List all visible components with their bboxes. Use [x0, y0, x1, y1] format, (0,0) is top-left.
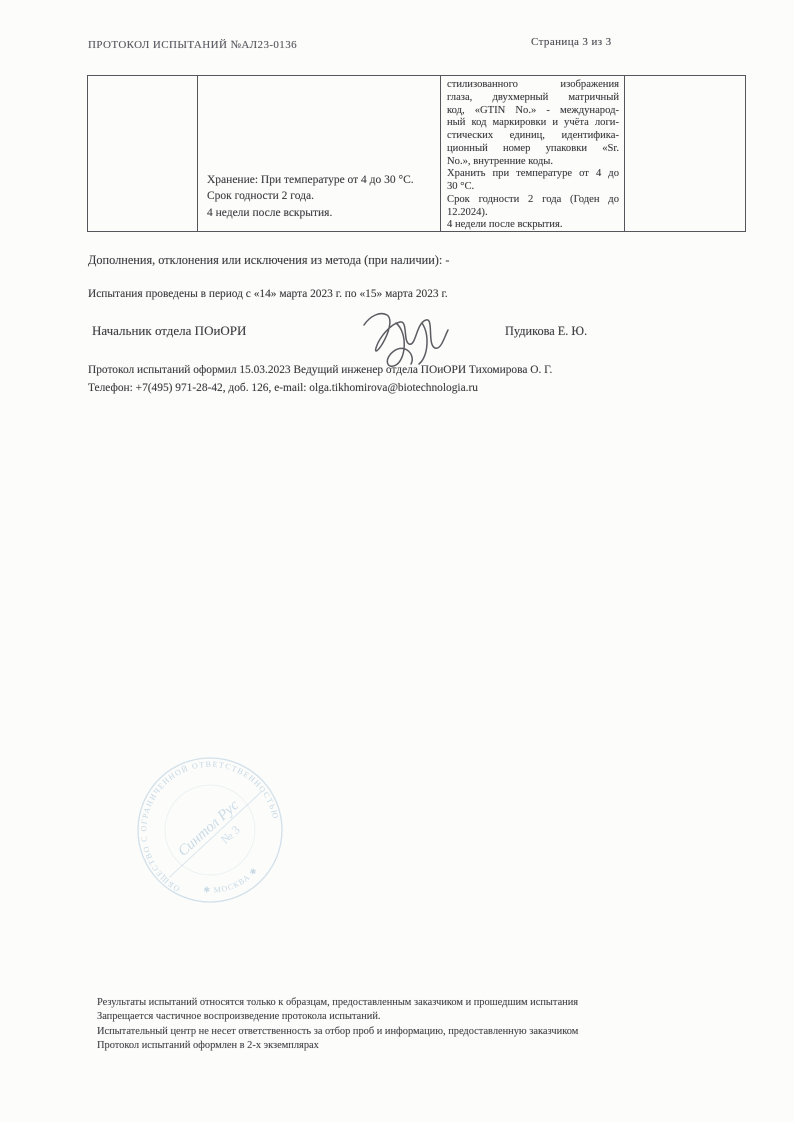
signature-stroke-1 — [364, 314, 448, 351]
text-line: Результаты испытаний относятся только к … — [97, 996, 697, 1010]
text-line: 4 недели после вскрытия. — [207, 205, 434, 221]
labeling-paragraph-1: стилизованного изображенияглаза, двухмер… — [447, 79, 619, 168]
table-cell-storage: Хранение: При температуре от 4 до 30 °С.… — [198, 76, 441, 231]
footer-notes: Результаты испытаний относятся только к … — [97, 996, 697, 1054]
stamp-diagonal-line — [168, 792, 263, 878]
document-title: ПРОТОКОЛ ИСПЫТАНИЙ №АЛ23-0136 — [88, 39, 297, 51]
text-line: ный код маркировки и учёта логи- — [447, 117, 619, 130]
signature-stroke-2 — [387, 323, 412, 366]
text-line: Испытательный центр не несет ответственн… — [97, 1025, 697, 1039]
signatory-title: Начальник отдела ПОиОРИ — [92, 323, 246, 339]
text-line: 30 °С. — [447, 181, 619, 194]
labeling-paragraph-2: Хранить при температуре от 4 до30 °С. — [447, 168, 619, 194]
text-line: 4 недели после вскрытия. — [447, 219, 619, 232]
text-line: стилизованного изображения — [447, 79, 619, 92]
text-line: Запрещается частичное воспроизведение пр… — [97, 1010, 697, 1024]
table-cell-labeling: стилизованного изображенияглаза, двухмер… — [441, 76, 625, 231]
table-cell-empty-left — [88, 76, 198, 231]
signature-scribble — [356, 301, 458, 371]
text-line: Протокол испытаний оформлен в 2-х экземп… — [97, 1039, 697, 1053]
signatory-name: Пудикова Е. Ю. — [505, 324, 587, 339]
contact-line: Телефон: +7(495) 971-28-42, доб. 126, e-… — [88, 382, 478, 394]
company-stamp: ОБЩЕСТВО С ОГРАНИЧЕННОЙ ОТВЕТСТВЕННОСТЬЮ… — [128, 750, 292, 910]
signature-stroke-3 — [419, 323, 427, 364]
text-line: No.», внутренние коды. — [447, 156, 619, 169]
scanned-protocol-page: ПРОТОКОЛ ИСПЫТАНИЙ №АЛ23-0136 Страница 3… — [0, 0, 794, 1122]
test-period-line: Испытания проведены в период с «14» март… — [88, 288, 448, 300]
text-line: Срок годности 2 года. — [207, 188, 434, 204]
text-line: стических единиц, идентифика- — [447, 130, 619, 143]
text-line: 12.2024). — [447, 207, 619, 220]
text-line: Хранение: При температуре от 4 до 30 °С. — [207, 172, 434, 188]
page-indicator: Страница 3 из 3 — [531, 36, 612, 48]
table-cell-empty-right — [625, 76, 745, 231]
text-line: Хранить при температуре от 4 до — [447, 168, 619, 181]
text-line: ционный номер упаковки «Sr. — [447, 143, 619, 156]
additions-line: Дополнения, отклонения или исключения из… — [88, 253, 450, 268]
text-line: Срок годности 2 года (Годен до — [447, 194, 619, 207]
prepared-by-line: Протокол испытаний оформил 15.03.2023 Ве… — [88, 364, 552, 376]
results-table: Хранение: При температуре от 4 до 30 °С.… — [87, 75, 746, 232]
text-line: код, «GTIN No.» - международ- — [447, 105, 619, 118]
text-line: глаза, двухмерный матричный — [447, 92, 619, 105]
labeling-paragraph-3: Срок годности 2 года (Годен до12.2024). — [447, 194, 619, 220]
labeling-paragraph-4: 4 недели после вскрытия. — [447, 219, 619, 232]
